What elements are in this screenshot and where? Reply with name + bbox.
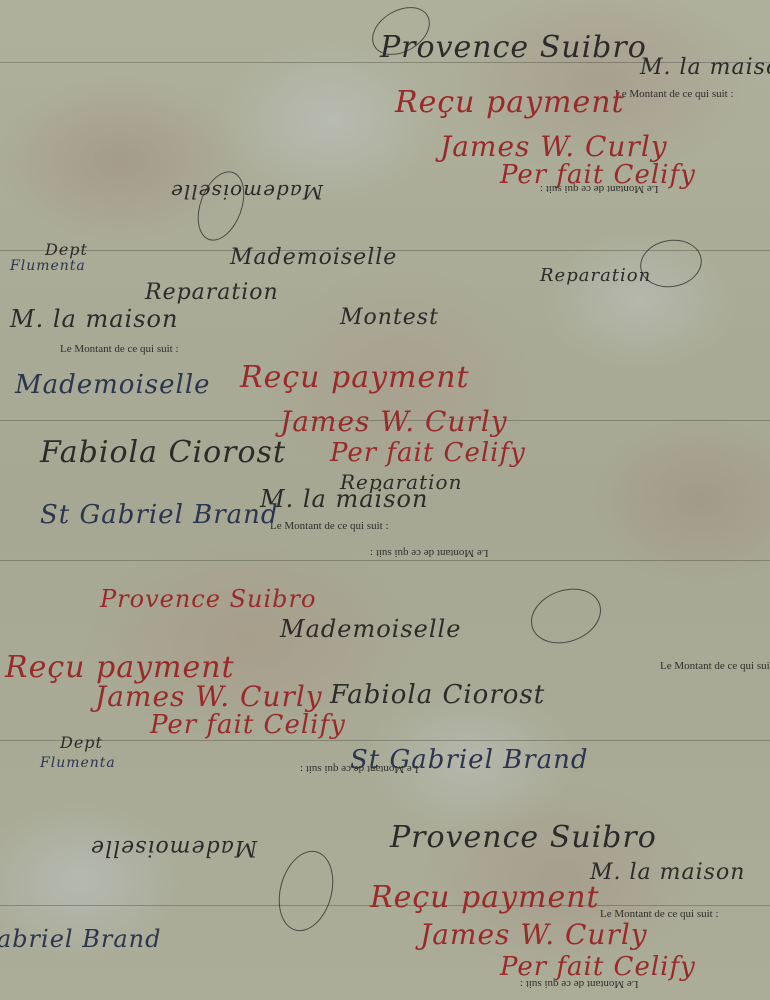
ruled-line (0, 740, 770, 741)
script-text: Provence Suibro (380, 30, 647, 65)
script-text: Montest (340, 305, 439, 330)
script-text: Flumenta (10, 258, 86, 274)
red-script-text: James W. Curly (95, 680, 323, 713)
script-text: M. la maison (590, 860, 745, 885)
red-script-text: Provence Suibro (100, 585, 316, 613)
red-script-text: James W. Curly (420, 918, 648, 951)
script-text: Dept (60, 733, 103, 752)
script-text: Mademoiselle (280, 615, 461, 643)
script-text: Reparation (540, 265, 651, 286)
script-text-inverted: Mademoiselle (170, 180, 323, 204)
script-text: Fabiola Ciorost (40, 435, 286, 470)
print-text-inverted: Le Montant de ce qui suit : (540, 183, 659, 195)
script-text: St Gabriel Brand (0, 925, 161, 953)
script-text: St Gabriel Brand (40, 500, 279, 530)
script-text: Dept (45, 240, 88, 259)
script-text: M. la maison (260, 485, 428, 513)
red-script-text: Reçu payment (370, 880, 600, 915)
print-text: Le Montant de ce qui suit : (270, 520, 389, 532)
script-text: Mademoiselle (15, 370, 211, 400)
red-script-text: Per fait Celify (150, 710, 346, 740)
swash-ornament (523, 579, 608, 652)
script-text: M. la maison (10, 305, 178, 333)
red-script-text: James W. Curly (440, 130, 668, 163)
print-text-inverted: Le Montant de ce qui suit : (370, 547, 489, 559)
ruled-line (0, 560, 770, 561)
script-text: Fabiola Ciorost (330, 680, 545, 710)
script-text: St Gabriel Brand (350, 745, 589, 775)
fabric-pattern-image: Provence Suibro M. la maison Le Montant … (0, 0, 770, 1000)
script-text: Mademoiselle (230, 245, 397, 270)
script-text-inverted: Mademoiselle (90, 835, 257, 860)
red-script-text: Per fait Celify (330, 438, 526, 468)
print-text-inverted: Le Montant de ce qui suit : (520, 978, 639, 990)
print-text: Le Montant de ce qui suit : (660, 660, 770, 672)
script-text: Reparation (145, 280, 279, 305)
script-text: M. la maison (640, 55, 770, 80)
print-text: Le Montant de ce qui suit : (615, 88, 734, 100)
print-text: Le Montant de ce qui suit : (60, 343, 179, 355)
swash-ornament (270, 845, 341, 938)
swash-ornament (189, 165, 253, 247)
red-script-text: James W. Curly (280, 405, 508, 438)
red-script-text: Reçu payment (240, 360, 470, 395)
script-text: Provence Suibro (390, 820, 657, 855)
red-script-text: Reçu payment (395, 85, 625, 120)
script-text: Flumenta (40, 755, 116, 771)
